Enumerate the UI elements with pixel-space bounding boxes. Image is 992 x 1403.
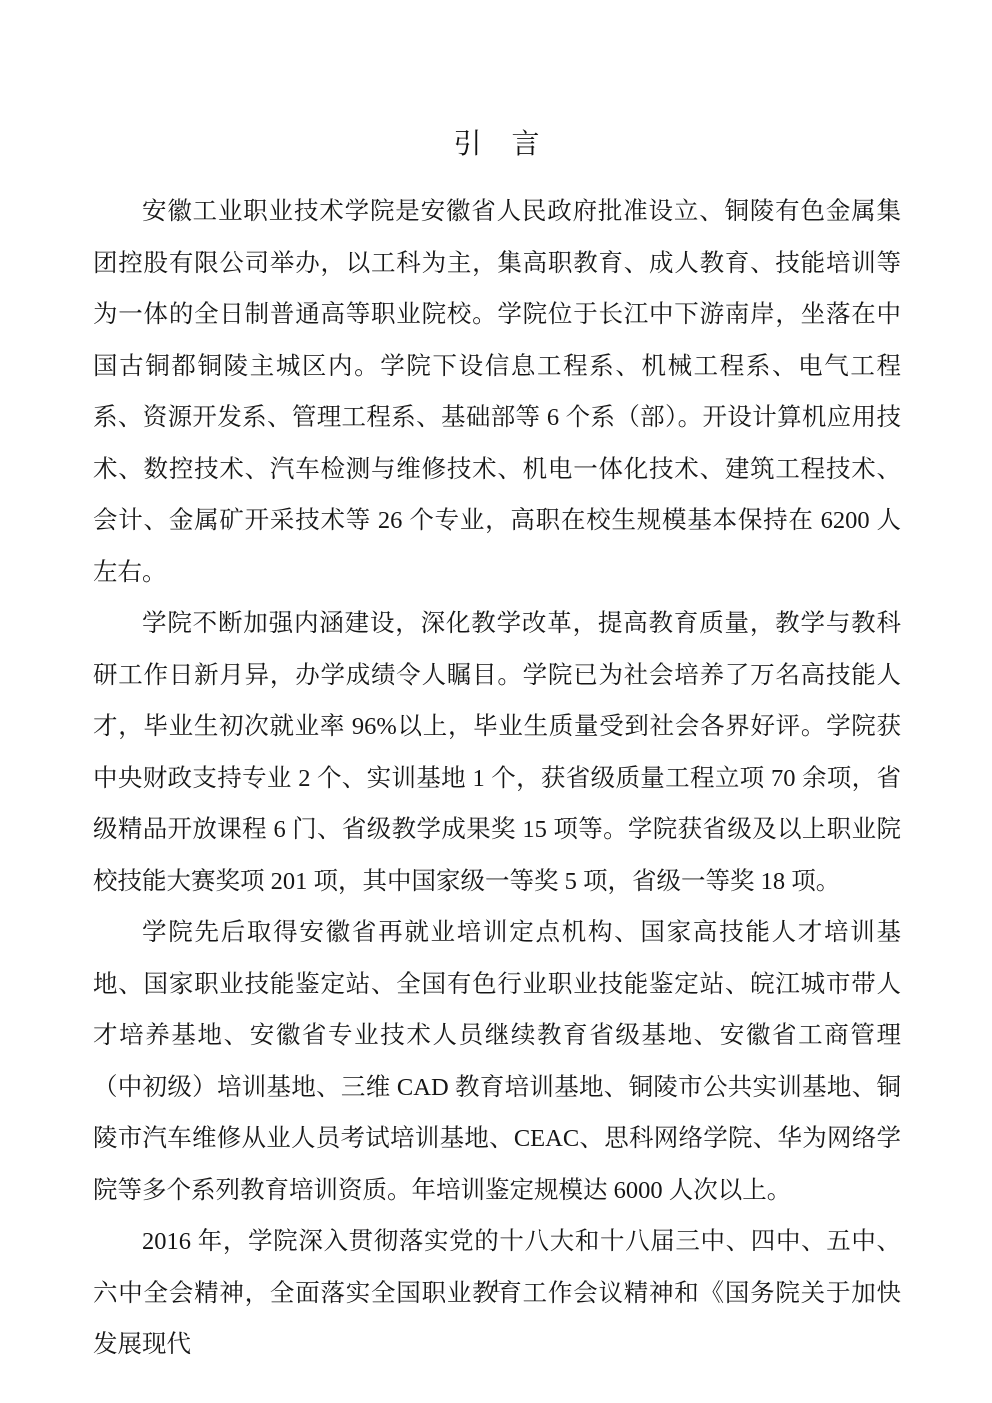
paragraph-qualifications: 学院先后取得安徽省再就业培训定点机构、国家高技能人才培训基地、国家职业技能鉴定站… xyxy=(93,907,901,1216)
page-content: 引 言 安徽工业职业技术学院是安徽省人民政府批准设立、铜陵有色金属集团控股有限公… xyxy=(93,126,901,1371)
paragraph-achievements: 学院不断加强内涵建设，深化教学改革，提高教育质量，教学与教科研工作日新月异，办学… xyxy=(93,598,901,907)
page-number: 1 xyxy=(491,1276,501,1297)
page-title: 引 言 xyxy=(93,126,901,164)
document-page: { "document": { "title": "引 言", "paragra… xyxy=(0,0,992,1403)
page-footer: 1 xyxy=(0,1276,992,1298)
paragraph-intro-overview: 安徽工业职业技术学院是安徽省人民政府批准设立、铜陵有色金属集团控股有限公司举办，… xyxy=(93,186,901,598)
